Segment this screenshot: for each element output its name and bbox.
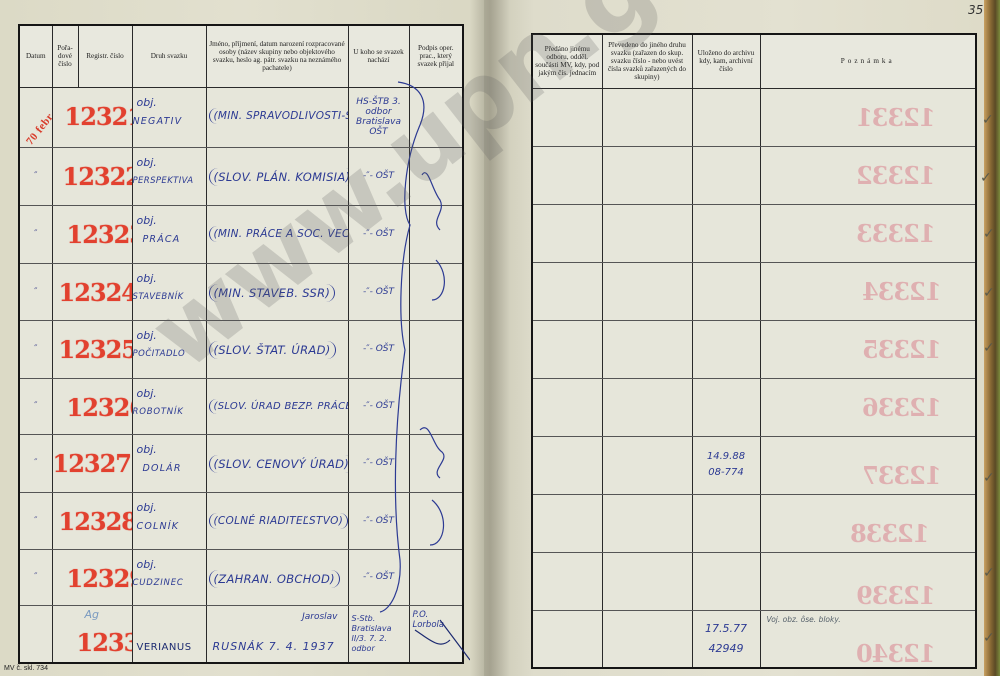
- prevedeno-cell: [602, 262, 692, 320]
- ag-label: Ag: [85, 608, 100, 621]
- podpis-cell: [409, 87, 463, 147]
- date-stamp: 70 febr. 1972: [24, 87, 52, 147]
- druh-value: PERSPEKTIVA: [133, 176, 194, 186]
- header-row: Datum Pořa-dové číslo Registr. číslo Dru…: [19, 25, 463, 87]
- table-row: 12339: [532, 552, 976, 610]
- archiv-cell: [692, 146, 760, 204]
- ledger-spread: Datum Pořa-dové číslo Registr. číslo Dru…: [0, 0, 1000, 676]
- druh-cell: obj.CUDZINEC: [132, 549, 206, 605]
- druh-value: NEGATIV: [133, 116, 183, 127]
- table-row: Ag 12330 VERIANUS Jaroslav RUSNÁK 7. 4. …: [19, 605, 463, 663]
- header-row: Předáno jinému odboru, odděl. součásti M…: [532, 34, 976, 88]
- prevedeno-cell: [602, 436, 692, 494]
- druh-cell: VERIANUS: [132, 605, 206, 663]
- table-row: 12338: [532, 494, 976, 552]
- reg-number-cell: 12325: [52, 320, 132, 378]
- obj-label: obj.: [137, 272, 157, 285]
- druh-cell: obj.POČITADLO: [132, 320, 206, 378]
- archiv-cell: [692, 262, 760, 320]
- checkmark-icon: ✓: [983, 340, 995, 356]
- obj-label: obj.: [137, 329, 157, 342]
- table-row: ″ 12328 obj.COLNÍK (COLNÉ RIADITEĽSTVO) …: [19, 492, 463, 549]
- druh-cell: obj.PERSPEKTIVA: [132, 147, 206, 205]
- u-koho-cell: S-Stb. Bratislava II/3. 7. 2. odbor: [348, 605, 409, 663]
- podpis-cell: [409, 320, 463, 378]
- reg-number-cell: 12326: [52, 378, 132, 434]
- prevedeno-cell: [602, 378, 692, 436]
- jmeno-cell: (COLNÉ RIADITEĽSTVO): [206, 492, 348, 549]
- date-ditto: ″: [19, 205, 52, 263]
- prevedeno-cell: [602, 146, 692, 204]
- register-table-left: Datum Pořa-dové číslo Registr. číslo Dru…: [18, 24, 464, 664]
- registration-number: 12323: [67, 220, 133, 249]
- archiv-cell: [692, 204, 760, 262]
- header-registr-cislo: Registr. číslo: [78, 25, 132, 87]
- table-row: ″ 12323 obj.PRÁCA (MIN. PRÁCE A SOC. VEC…: [19, 205, 463, 263]
- predano-cell: [532, 320, 602, 378]
- druh-value: DOLÁR: [143, 463, 182, 474]
- jmeno-cell: (ZAHRAN. OBCHOD): [206, 549, 348, 605]
- podpis-cell: [409, 549, 463, 605]
- checkmark-icon: ✓: [982, 112, 994, 128]
- header-jmeno: Jméno, příjmení, datum narození rozpraco…: [206, 25, 348, 87]
- jmeno-cell: (MIN. STAVEB. SSR): [206, 263, 348, 320]
- bleed-through-number: 12331: [857, 103, 936, 132]
- podpis-cell: [409, 205, 463, 263]
- druh-cell: obj.ROBOTNÍK: [132, 378, 206, 434]
- header-prevedeno: Převedeno do jiného druhu svazku (zařaze…: [602, 34, 692, 88]
- table-row: ″ 12325 obj.POČITADLO (SLOV. ŠTAT. ÚRAD)…: [19, 320, 463, 378]
- header-poznamka: Poznámka: [760, 34, 976, 88]
- druh-value: ROBOTNÍK: [133, 407, 184, 417]
- registration-number: 12325: [59, 335, 133, 364]
- date-ditto: ″: [19, 378, 52, 434]
- reg-number-cell: 12321: [52, 87, 132, 147]
- prevedeno-cell: [602, 88, 692, 146]
- u-koho-cell: -″- OŠT: [348, 549, 409, 605]
- checkmark-icon: ✓: [980, 170, 992, 186]
- jmeno-value: (MIN. PRÁCE A SOC. VECÍ): [209, 226, 349, 242]
- u-koho-cell: -″- OŠT: [348, 434, 409, 492]
- bleed-through-number: 12332: [857, 161, 936, 190]
- bleed-through-number: 12338: [851, 519, 930, 548]
- u-koho-cell: -″- OŠT: [348, 205, 409, 263]
- obj-label: obj.: [137, 501, 157, 514]
- predano-cell: [532, 494, 602, 552]
- predano-cell: [532, 552, 602, 610]
- prevedeno-cell: [602, 610, 692, 668]
- druh-cell: obj.STAVEBNÍK: [132, 263, 206, 320]
- table-row: 14.9.88 08-77412337: [532, 436, 976, 494]
- druh-value: STAVEBNÍK: [133, 292, 184, 302]
- table-row: ″ 12324 obj.STAVEBNÍK (MIN. STAVEB. SSR)…: [19, 263, 463, 320]
- druh-value: POČITADLO: [133, 349, 186, 359]
- table-row: 12336: [532, 378, 976, 436]
- druh-cell: obj.COLNÍK: [132, 492, 206, 549]
- date-ditto: ″: [19, 263, 52, 320]
- archiv-cell: [692, 552, 760, 610]
- page-number: 35: [968, 3, 983, 17]
- date-cell: [19, 605, 52, 663]
- header-datum: Datum: [19, 25, 52, 87]
- table-row: 12334: [532, 262, 976, 320]
- table-row: ″ 12327 obj.DOLÁR (SLOV. CENOVÝ ÚRAD) -″…: [19, 434, 463, 492]
- bleed-through-number: 12335: [863, 335, 942, 364]
- poznamka-cell: 12335: [760, 320, 976, 378]
- registration-number: 12322: [63, 162, 133, 191]
- podpis-cell: [409, 492, 463, 549]
- predano-cell: [532, 88, 602, 146]
- obj-label: obj.: [137, 443, 157, 456]
- bleed-through-number: 12336: [863, 393, 942, 422]
- bleed-through-number: 12339: [857, 581, 936, 610]
- bleed-through-number: 12337: [863, 461, 942, 490]
- jmeno-value: (SLOV. ÚRAD BEZP. PRÁCE): [209, 399, 349, 414]
- poznamka-cell: 12337: [760, 436, 976, 494]
- jmeno-cell: (SLOV. CENOVÝ ÚRAD): [206, 434, 348, 492]
- u-koho-cell: -″- OŠT: [348, 378, 409, 434]
- checkmark-icon: ✓: [983, 565, 995, 581]
- podpis-cell: P.O. Lorbola: [409, 605, 463, 663]
- jmeno-first-name: Jaroslav: [302, 612, 337, 622]
- date-ditto: ″: [19, 320, 52, 378]
- date-ditto: ″: [19, 147, 52, 205]
- header-ulozeno: Uloženo do archivu kdy, kam, archivní čí…: [692, 34, 760, 88]
- table-row: ″ 12326 obj.ROBOTNÍK (SLOV. ÚRAD BEZP. P…: [19, 378, 463, 434]
- jmeno-value: (SLOV. CENOVÝ ÚRAD): [209, 455, 349, 473]
- poznamka-note: Voj. obz. ôse. bloky.: [767, 615, 841, 624]
- druh-cell: obj.DOLÁR: [132, 434, 206, 492]
- obj-label: obj.: [137, 156, 157, 169]
- checkmark-icon: ✓: [983, 226, 995, 242]
- reg-number-cell: 12327: [52, 434, 132, 492]
- table-row: 12332: [532, 146, 976, 204]
- registration-number: 12330: [77, 628, 133, 657]
- header-predano: Předáno jinému odboru, odděl. součásti M…: [532, 34, 602, 88]
- registration-number: 12326: [67, 393, 133, 422]
- form-footer-code: MV č. skl. 734: [4, 665, 48, 672]
- u-koho-cell: HS-ŠTB 3. odbor Bratislava OŠT: [348, 87, 409, 147]
- jmeno-cell: (MIN. SPRAVODLIVOSTI-SSR): [206, 87, 348, 147]
- poznamka-cell: 12334: [760, 262, 976, 320]
- druh-cell: obj.PRÁCA: [132, 205, 206, 263]
- date-ditto: ″: [19, 434, 52, 492]
- prevedeno-cell: [602, 494, 692, 552]
- table-row: 17.5.77 42949Voj. obz. ôse. bloky.12340: [532, 610, 976, 668]
- podpis-cell: [409, 147, 463, 205]
- register-table-right: Předáno jinému odboru, odděl. součásti M…: [531, 33, 977, 669]
- reg-number-cell: 12322: [52, 147, 132, 205]
- prevedeno-cell: [602, 320, 692, 378]
- reg-number-cell: 12329: [52, 549, 132, 605]
- obj-label: obj.: [137, 214, 157, 227]
- druh-value: COLNÍK: [137, 521, 180, 532]
- reg-number-cell: 12323: [52, 205, 132, 263]
- predano-cell: [532, 436, 602, 494]
- jmeno-cell: (SLOV. PLÁN. KOMISIA): [206, 147, 348, 205]
- header-podpis: Podpis oper. prac., který svazek přijal: [409, 25, 463, 87]
- date-ditto: ″: [19, 492, 52, 549]
- archiv-cell: [692, 320, 760, 378]
- reg-number-cell: 12324: [52, 263, 132, 320]
- archiv-cell: [692, 494, 760, 552]
- jmeno-value: RUSNÁK 7. 4. 1937: [213, 640, 335, 653]
- archiv-cell: 17.5.77 42949: [692, 610, 760, 668]
- date-cell: 70 febr. 1972: [19, 87, 52, 147]
- jmeno-cell: Jaroslav RUSNÁK 7. 4. 1937: [206, 605, 348, 663]
- poznamka-cell: 12339: [760, 552, 976, 610]
- reg-number-cell: Ag 12330: [52, 605, 132, 663]
- poznamka-cell: 12331: [760, 88, 976, 146]
- obj-label: obj.: [137, 96, 157, 109]
- jmeno-cell: (SLOV. ÚRAD BEZP. PRÁCE): [206, 378, 348, 434]
- table-row: 12333: [532, 204, 976, 262]
- checkmark-icon: ✓: [983, 630, 995, 646]
- poznamka-cell: Voj. obz. ôse. bloky.12340: [760, 610, 976, 668]
- bleed-through-number: 12333: [857, 219, 936, 248]
- archiv-cell: 14.9.88 08-774: [692, 436, 760, 494]
- podpis-cell: [409, 378, 463, 434]
- reg-number-cell: 12328: [52, 492, 132, 549]
- predano-cell: [532, 610, 602, 668]
- jmeno-value: (ZAHRAN. OBCHOD): [209, 570, 340, 588]
- u-koho-cell: -″- OŠT: [348, 320, 409, 378]
- u-koho-cell: -″- OŠT: [348, 492, 409, 549]
- jmeno-value: (MIN. SPRAVODLIVOSTI-SSR): [209, 108, 349, 124]
- predano-cell: [532, 204, 602, 262]
- jmeno-value: (SLOV. ŠTAT. ÚRAD): [209, 341, 336, 359]
- jmeno-value: (MIN. STAVEB. SSR): [209, 284, 336, 302]
- checkmark-icon: ✓: [983, 285, 995, 301]
- bleed-through-number: 12334: [863, 277, 942, 306]
- obj-label: obj.: [137, 387, 157, 400]
- registration-number: 12327: [53, 449, 132, 478]
- table-row: ″ 12329 obj.CUDZINEC (ZAHRAN. OBCHOD) -″…: [19, 549, 463, 605]
- poznamka-cell: 12336: [760, 378, 976, 436]
- podpis-cell: [409, 263, 463, 320]
- predano-cell: [532, 146, 602, 204]
- table-row: ″ 12322 obj.PERSPEKTIVA (SLOV. PLÁN. KOM…: [19, 147, 463, 205]
- registration-number: 12328: [59, 507, 133, 536]
- archiv-cell: [692, 378, 760, 436]
- prevedeno-cell: [602, 552, 692, 610]
- book-gutter: [470, 0, 510, 676]
- u-koho-cell: -″- OŠT: [348, 147, 409, 205]
- table-row: 70 febr. 1972 12321 obj.NEGATIV (MIN. SP…: [19, 87, 463, 147]
- header-druh-svazku: Druh svazku: [132, 25, 206, 87]
- obj-label: obj.: [137, 558, 157, 571]
- jmeno-cell: (SLOV. ŠTAT. ÚRAD): [206, 320, 348, 378]
- jmeno-value: (SLOV. PLÁN. KOMISIA): [209, 168, 349, 186]
- poznamka-cell: 12333: [760, 204, 976, 262]
- header-poradove-cislo: Pořa-dové číslo: [52, 25, 78, 87]
- date-ditto: ″: [19, 549, 52, 605]
- predano-cell: [532, 262, 602, 320]
- header-u-koho: U koho se svazek nachází: [348, 25, 409, 87]
- druh-value: CUDZINEC: [133, 578, 184, 588]
- poznamka-cell: 12338: [760, 494, 976, 552]
- predano-cell: [532, 378, 602, 436]
- u-koho-cell: -″- OŠT: [348, 263, 409, 320]
- table-row: 12331: [532, 88, 976, 146]
- jmeno-value: (COLNÉ RIADITEĽSTVO): [209, 513, 349, 529]
- registration-number: 12321: [65, 102, 133, 131]
- druh-value: PRÁCA: [143, 234, 181, 245]
- table-row: 12335: [532, 320, 976, 378]
- prevedeno-cell: [602, 204, 692, 262]
- poznamka-cell: 12332: [760, 146, 976, 204]
- checkmark-icon: ✓: [983, 470, 995, 486]
- registration-number: 12324: [59, 278, 133, 307]
- druh-cell: obj.NEGATIV: [132, 87, 206, 147]
- archiv-cell: [692, 88, 760, 146]
- bleed-through-number: 12340: [857, 639, 936, 668]
- jmeno-cell: (MIN. PRÁCE A SOC. VECÍ): [206, 205, 348, 263]
- podpis-cell: [409, 434, 463, 492]
- registration-number: 12329: [67, 564, 133, 593]
- druh-value: VERIANUS: [137, 642, 192, 653]
